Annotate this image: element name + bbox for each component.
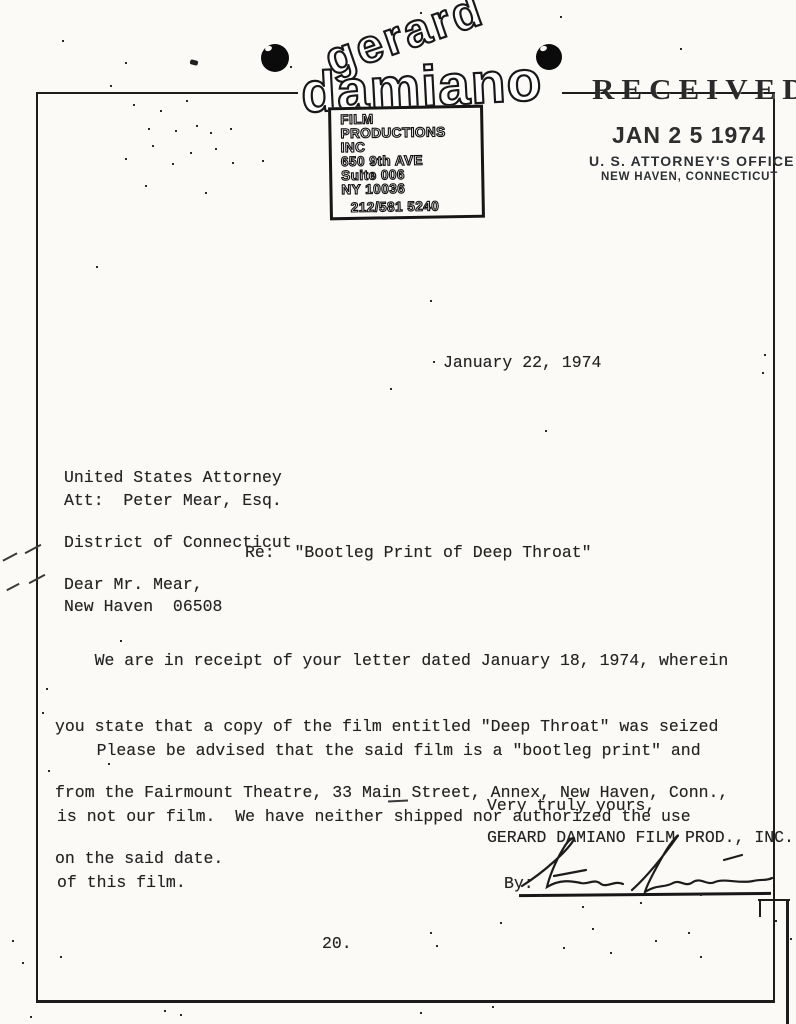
salutation: Dear Mr. Mear,: [64, 574, 203, 596]
attorneys-office-stamp-line1: U. S. ATTORNEY'S OFFICE: [589, 153, 795, 169]
body-line: Please be advised that the said film is …: [57, 740, 701, 762]
received-stamp: RECEIVED: [592, 73, 796, 106]
underlying-page-edge: [786, 901, 789, 1024]
stray-pencil-dash: [25, 544, 42, 554]
stray-pencil-dash: [6, 583, 19, 591]
recipient-line: United States Attorney: [64, 467, 292, 489]
scanned-letter-page: gerard damiano FILM PRODUCTIONS INC 650 …: [0, 0, 796, 1024]
page-border-top-left: [36, 92, 298, 94]
letterhead-address-box: FILM PRODUCTIONS INC 650 9th AVE Suite 0…: [328, 105, 485, 221]
page-number: 20.: [322, 933, 352, 955]
stray-pencil-dash: [2, 552, 17, 561]
closing-line: Very truly yours,: [487, 795, 655, 817]
subject-line: Re: "Bootleg Print of Deep Throat": [245, 542, 592, 564]
handwritten-signature: [516, 832, 774, 896]
body-paragraph-2: Please be advised that the said film is …: [57, 696, 701, 938]
underlying-page-edge: [759, 899, 761, 917]
letter-date: January 22, 1974: [443, 352, 601, 374]
scan-noise-specks: [0, 0, 2, 2]
attorneys-office-stamp-line2: NEW HAVEN, CONNECTICUT: [601, 171, 778, 183]
letterhead-phone: 212/581 5240: [351, 199, 482, 215]
letterhead-line: NY 10036: [341, 181, 481, 197]
body-line: We are in receipt of your letter dated J…: [55, 650, 728, 672]
ink-smudge: [189, 59, 198, 66]
attention-line: Att: Peter Mear, Esq.: [64, 490, 282, 512]
page-border-bottom: [36, 1000, 775, 1003]
hole-punch-mark: [261, 44, 289, 72]
received-date-stamp: JAN 2 5 1974: [612, 122, 766, 149]
